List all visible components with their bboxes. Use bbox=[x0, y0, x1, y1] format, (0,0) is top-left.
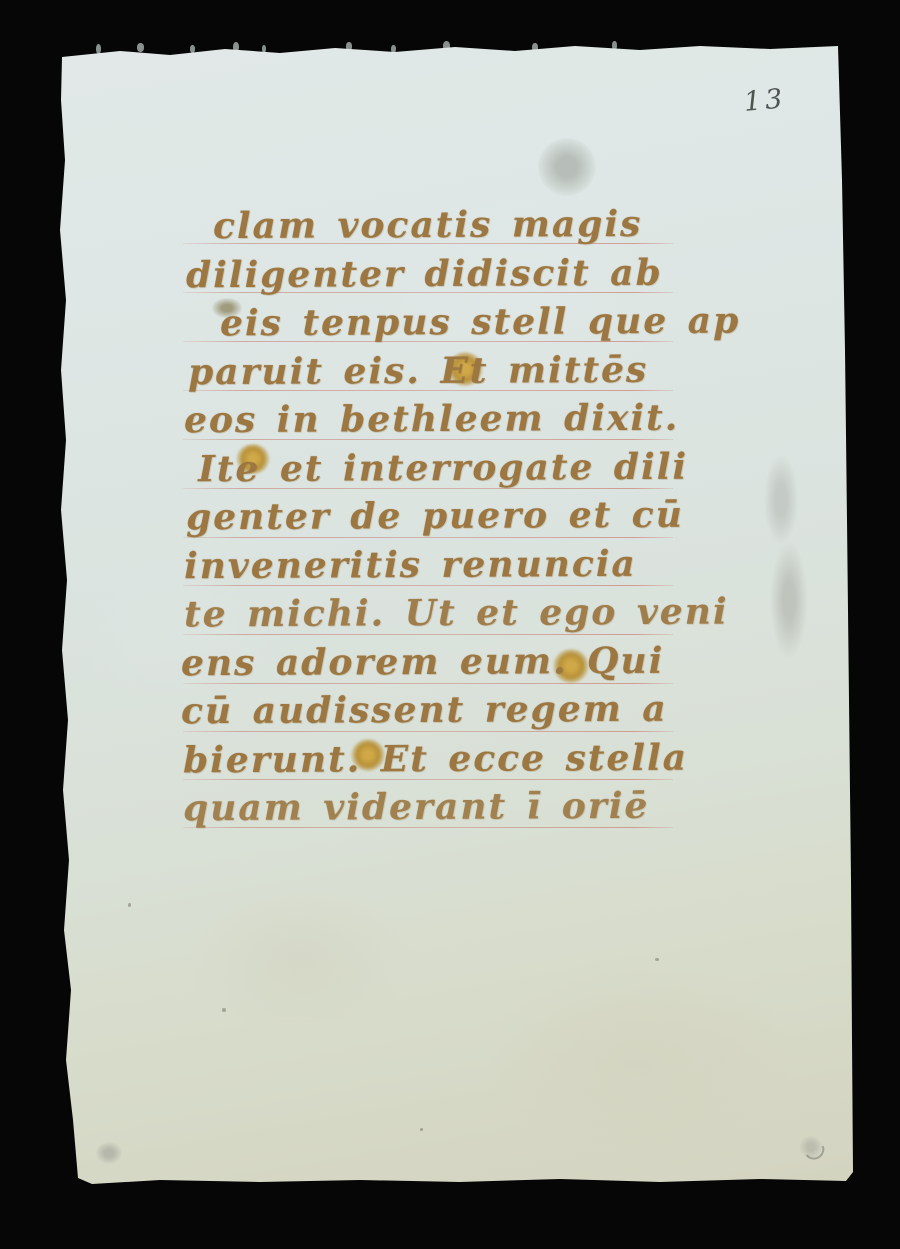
deckle-fiber bbox=[190, 45, 195, 53]
speck bbox=[655, 958, 659, 961]
script-line-9: te michi. Ut et ego veni bbox=[184, 590, 729, 637]
script-line-2: diligenter didiscit ab bbox=[186, 251, 663, 297]
pencil-squiggle bbox=[804, 1139, 827, 1163]
deckle-fiber bbox=[137, 43, 144, 52]
stain bbox=[764, 455, 798, 545]
script-line-10: ens adorem eum. Qui bbox=[181, 639, 665, 686]
script-line-1: clam vocatis magis bbox=[213, 202, 643, 248]
script-line-8: inveneritis renuncia bbox=[184, 542, 637, 588]
speck bbox=[420, 1128, 423, 1131]
script-line-7: genter de puero et cū bbox=[186, 493, 684, 540]
speck bbox=[222, 1008, 226, 1012]
script-line-3: eis tenpus stell que ap bbox=[220, 299, 740, 346]
stain bbox=[96, 1142, 122, 1164]
stain bbox=[538, 138, 596, 196]
speck bbox=[128, 903, 131, 907]
manuscript-leaf: 13 clam vocatis magis diligenter didisci… bbox=[0, 0, 900, 1249]
script-line-6: Ite et interrogate dili bbox=[198, 445, 688, 492]
folio-number: 13 bbox=[743, 84, 788, 118]
script-line-4: paruit eis. Et mittēs bbox=[188, 348, 648, 394]
stain bbox=[770, 540, 808, 660]
script-line-11: cū audissent regem a bbox=[181, 687, 668, 734]
script-line-5: eos in bethleem dixit. bbox=[184, 396, 679, 443]
photograph-black-mat: 13 clam vocatis magis diligenter didisci… bbox=[0, 0, 900, 1249]
script-line-12: bierunt. Et ecce stella bbox=[183, 736, 688, 783]
deckle-fiber bbox=[96, 44, 101, 54]
script-line-13: quam viderant ī oriē bbox=[183, 784, 650, 830]
